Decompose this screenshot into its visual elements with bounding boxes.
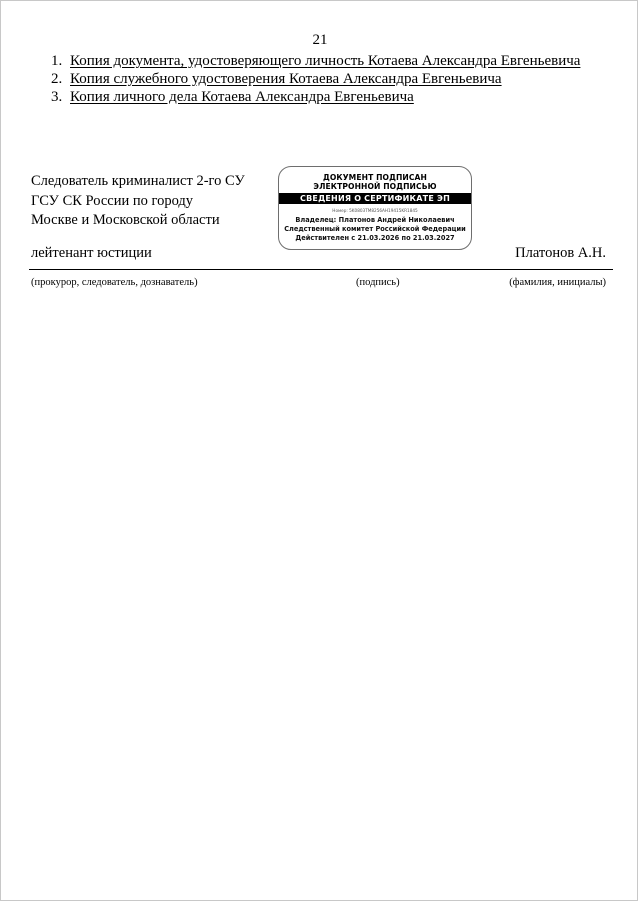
stamp-certificate-band: СВЕДЕНИЯ О СЕРТИФИКАТЕ ЭП: [279, 193, 471, 204]
position-line: Москве и Московской области: [31, 211, 245, 231]
attachment-text: Копия служебного удостоверения Котаева А…: [70, 71, 502, 87]
caption-name: (фамилия, инициалы): [509, 277, 606, 288]
attachment-item: 3.Копия личного дела Котаева Александра …: [51, 88, 580, 106]
stamp-heading-line1: ДОКУМЕНТ ПОДПИСАН: [279, 173, 471, 182]
page-number: 21: [1, 32, 638, 49]
attachment-number: 3.: [51, 88, 70, 106]
document-page: 21 1.Копия документа, удостоверяющего ли…: [0, 0, 638, 901]
signatory-rank: лейтенант юстиции: [31, 245, 152, 262]
stamp-validity: Действителен с 21.03.2026 по 21.03.2027: [279, 234, 471, 243]
page-number-text: 21: [313, 32, 328, 49]
attachment-item: 2.Копия служебного удостоверения Котаева…: [51, 70, 580, 88]
caption-role: (прокурор, следователь, дознаватель): [31, 277, 198, 288]
position-line: Следователь криминалист 2-го СУ: [31, 172, 245, 192]
signatory-position: Следователь криминалист 2-го СУ ГСУ СК Р…: [31, 172, 245, 231]
position-line: ГСУ СК России по городу: [31, 192, 245, 212]
stamp-owner: Владелец: Платонов Андрей Николаевич: [279, 216, 471, 225]
stamp-organization: Следственный комитет Российской Федераци…: [279, 225, 471, 234]
signatory-name: Платонов А.Н.: [515, 245, 606, 262]
stamp-heading-line2: ЭЛЕКТРОННОЙ ПОДПИСЬЮ: [279, 182, 471, 191]
attachment-number: 2.: [51, 70, 70, 88]
stamp-heading: ДОКУМЕНТ ПОДПИСАН ЭЛЕКТРОННОЙ ПОДПИСЬЮ: [279, 173, 471, 191]
attachment-text: Копия личного дела Котаева Александра Ев…: [70, 89, 414, 105]
attachment-item: 1.Копия документа, удостоверяющего лично…: [51, 52, 580, 70]
attachment-number: 1.: [51, 52, 70, 70]
signature-line: [29, 269, 613, 270]
caption-signature: (подпись): [356, 277, 400, 288]
stamp-certificate-info: Владелец: Платонов Андрей Николаевич Сле…: [279, 216, 471, 243]
stamp-serial-number: Номер: 5K0803TM8256AH19415KR1845: [279, 208, 471, 214]
attachment-text: Копия документа, удостоверяющего личност…: [70, 53, 580, 69]
electronic-signature-stamp: ДОКУМЕНТ ПОДПИСАН ЭЛЕКТРОННОЙ ПОДПИСЬЮ С…: [278, 166, 472, 250]
attachments-list: 1.Копия документа, удостоверяющего лично…: [51, 52, 580, 106]
